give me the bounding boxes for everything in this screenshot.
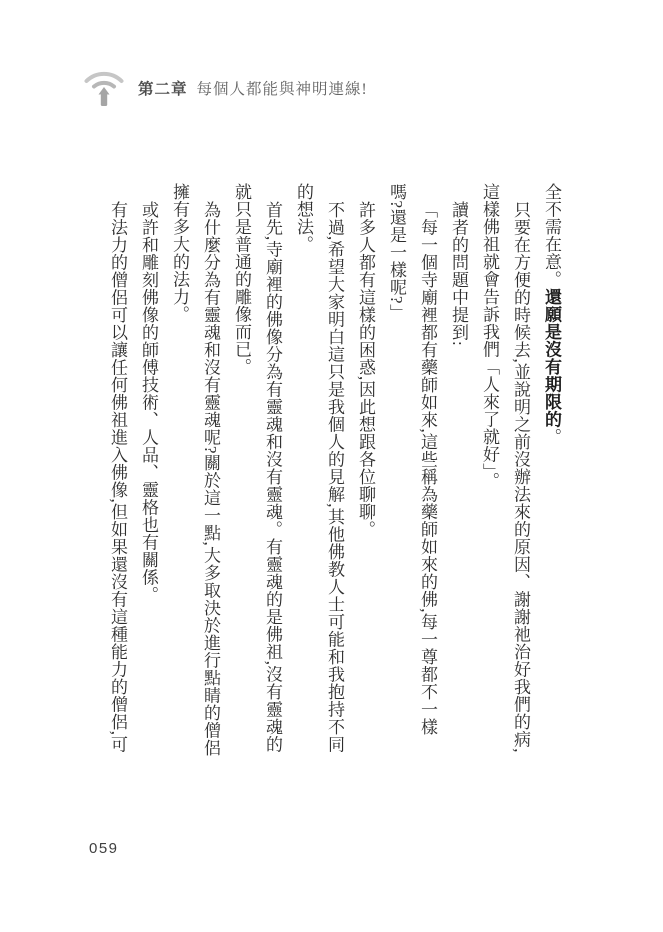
book-page: 第二章每個人都能與神明連線! 全不需在意。還願是沒有期限的。只要在方便的時候去,… (0, 0, 663, 932)
text-segment: 嗎?還是一樣呢?」 (387, 183, 406, 322)
chapter-title: 每個人都能與神明連線! (197, 81, 368, 98)
text-line: 就只是普通的雕像而已。 (226, 183, 257, 815)
text-line: 擁有多大的法力。 (164, 183, 195, 815)
text-line: 不過,希望大家明白這只是我個人的見解,其他佛教人士可能和我抱持不同 (319, 183, 350, 815)
text-segment: 許多人都有這樣的困惑,因此想跟各位聊聊。 (356, 201, 375, 538)
text-line: 許多人都有這樣的困惑,因此想跟各位聊聊。 (350, 183, 381, 815)
text-line: 首先,寺廟裡的佛像分為有靈魂和沒有靈魂。有靈魂的是佛祖,沒有靈魂的 (257, 183, 288, 815)
text-segment: 為什麼分為有靈魂和沒有靈魂呢?關於這一點,大多取決於進行點睛的僧侶 (201, 201, 220, 756)
text-segment: 全不需在意。 (542, 183, 561, 288)
text-segment: 「每一個寺廟裡都有藥師如來,這些稱為藥師如來的佛,每一尊都不一樣 (418, 201, 437, 736)
page-number: 059 (89, 840, 119, 857)
text-segment: 有法力的僧侶可以讓任何佛祖進入佛像,但如果還沒有這種能力的僧侶,可 (108, 201, 127, 753)
bold-headline-segment: 還願是沒有期限的 (542, 288, 561, 428)
text-line: 為什麼分為有靈魂和沒有靈魂呢?關於這一點,大多取決於進行點睛的僧侶 (195, 183, 226, 815)
text-segment: 只要在方便的時候去,並說明之前沒辦法來的原因、謝謝祂治好我們的病, (511, 201, 530, 753)
text-segment: 。 (542, 428, 561, 446)
wifi-broadcast-icon (80, 58, 128, 108)
text-line: 或許和雕刻佛像的師傅技術、人品、靈格也有關係。 (133, 183, 164, 815)
chapter-header: 第二章每個人都能與神明連線! (80, 58, 368, 108)
text-segment: 首先,寺廟裡的佛像分為有靈魂和沒有靈魂。有靈魂的是佛祖,沒有靈魂的 (263, 201, 282, 753)
text-line: 只要在方便的時候去,並說明之前沒辦法來的原因、謝謝祂治好我們的病, (505, 183, 536, 815)
text-line: 這樣佛祖就會告訴我們「人來了就好」。 (474, 183, 505, 815)
text-segment: 不過,希望大家明白這只是我個人的見解,其他佛教人士可能和我抱持不同 (325, 201, 344, 753)
text-segment: 或許和雕刻佛像的師傅技術、人品、靈格也有關係。 (139, 201, 158, 604)
text-segment: 就只是普通的雕像而已。 (232, 183, 251, 376)
text-line: 嗎?還是一樣呢?」 (381, 183, 412, 815)
chapter-heading-text: 第二章每個人都能與神明連線! (138, 77, 368, 108)
body-text: 全不需在意。還願是沒有期限的。只要在方便的時候去,並說明之前沒辦法來的原因、謝謝… (102, 183, 567, 815)
chapter-label: 第二章 (138, 81, 188, 98)
text-line: 「每一個寺廟裡都有藥師如來,這些稱為藥師如來的佛,每一尊都不一樣 (412, 183, 443, 815)
text-segment: 的想法。 (294, 183, 313, 253)
text-line: 有法力的僧侶可以讓任何佛祖進入佛像,但如果還沒有這種能力的僧侶,可 (102, 183, 133, 815)
text-line: 的想法。 (288, 183, 319, 815)
text-segment: 這樣佛祖就會告訴我們「人來了就好」。 (480, 183, 499, 490)
text-segment: 擁有多大的法力。 (170, 183, 189, 323)
text-segment: 讀者的問題中提到: (449, 201, 468, 346)
text-line: 全不需在意。還願是沒有期限的。 (536, 183, 567, 815)
text-line: 讀者的問題中提到: (443, 183, 474, 815)
